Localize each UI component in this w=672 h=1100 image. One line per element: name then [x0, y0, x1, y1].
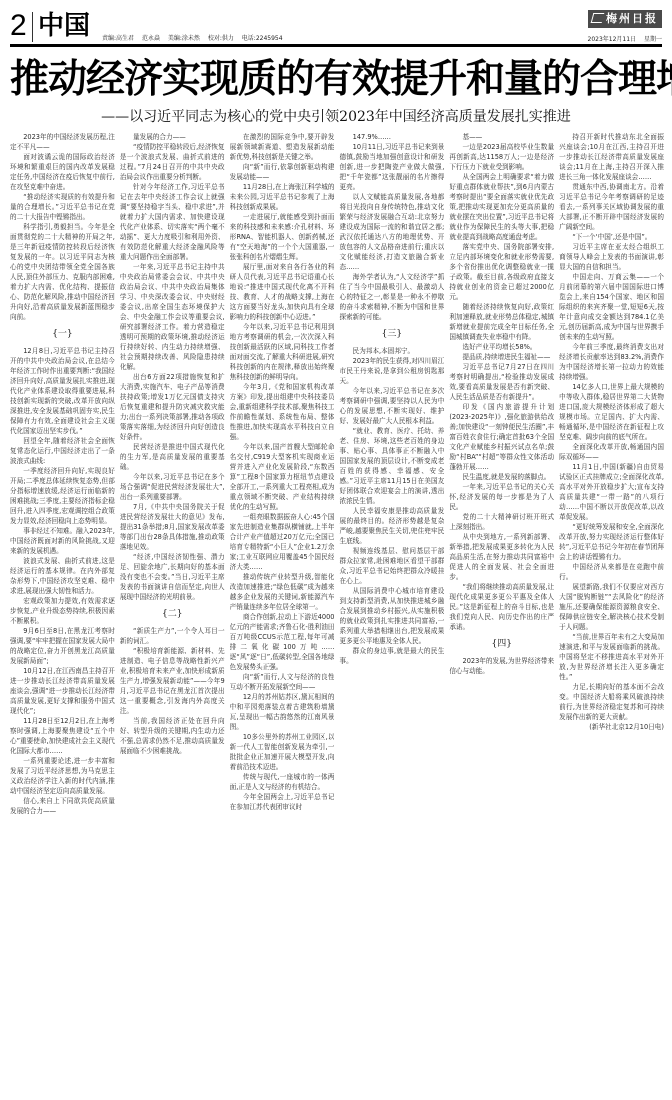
article-column-5: 基——一边是2023届高校毕业生数量再创新高,达1158万人;一边是经济下行压力…: [449, 132, 554, 1090]
article-paragraph: 习近平总书记7月27日在四川考察时明确提出,“检验推动发展成效,要看高质量发展是…: [449, 362, 554, 402]
article-paragraph: 传统与现代,一座城市的一体两面,正是人文与经济的有机结合。: [230, 772, 335, 792]
article-paragraph: 民营经济是推进中国式现代化的生力军,是高质量发展的重要基础。: [120, 442, 225, 472]
article-paragraph: 习近平主席在亚太经合组织工商领导人峰会上发表的书面演讲,彰显大国的自信和担当。: [559, 242, 664, 272]
article-paragraph: 从国际消费中心城市培育建设到支持新型消费,从加快推进城乡融合发展到推动乡村振兴,…: [339, 586, 444, 646]
article-paragraph: 一年来,习近平总书记主持中共中央政治局常委会会议、中共中央政治局会议、中共中央政…: [120, 262, 225, 372]
article-paragraph: “就业、教育、医疗、托幼、养老、住房、环境,这些老百姓的身边事、贴心事、具体事正…: [339, 426, 444, 506]
article-paragraph: 向“新”而行,人文与经济的良性互动不断开拓发展新空间——: [230, 672, 335, 692]
issue-weekday: 星期一: [644, 36, 662, 43]
article-column-1: 2023年的中国经济发展历程,注定不平凡——面对波谲云诡的国际政治经济环境和繁重…: [10, 132, 115, 1090]
article-column-4: 147.9%……10月11日,习近平总书记来到景德镇,鼓励当地加强创意设计和研发…: [339, 132, 444, 1090]
article-paragraph: 回望全年,随着经济社会全面恢复常态化运行,中国经济走出了一条波浪式曲线:: [10, 436, 115, 466]
article-paragraph: 一系列重要论述,进一步丰富和发展了习近平经济思想,为马克思主义政治经济学注入新的…: [10, 756, 115, 796]
article-paragraph: 在激烈的国际竞争中,要开辟发展新领域新赛道、塑造发展新动能新优势,科技创新是关键…: [230, 132, 335, 162]
logo-mark-icon: [591, 13, 605, 23]
article-paragraph: “我们将继续推动高质量发展,让现代化成果更多更公平惠及全体人民。”这是新征程上的…: [449, 582, 554, 632]
article-paragraph: 群众的身边事,就是最大的民生事。: [339, 646, 444, 666]
article-paragraph: 民为邦本,本固邦宁。: [339, 346, 444, 356]
article-paragraph: 出台6方面22项措施恢复和扩大消费,实施汽车、电子产品等消费扶持政策;增发1万亿…: [120, 372, 225, 442]
article-paragraph: 今年以来,习近平总书记在多个场合强调“促进民营经济发展壮大”,出台一系列重要部署…: [120, 472, 225, 502]
article-paragraph: 今年3月,《党和国家机构改革方案》印发,提出组建中央科技委员会,重新组建科学技术…: [230, 382, 335, 442]
article-paragraph: 今年前三季度,最终消费支出对经济增长贡献率达到83.2%,消费作为中国经济增长第…: [559, 342, 664, 382]
article-paragraph: 7月,《中共中央国务院关于促进民营经济发展壮大的意见》发布,提出31条举措;8月…: [120, 502, 225, 552]
article-paragraph: 贯通东中西,协调南北方。沿着习近平总书记今年考察调研的足迹看去,一系列事关区域协…: [559, 182, 664, 232]
article-paragraph: 10多公里外的苏州工业园区,以新一代人工智能创新发展为牵引,一批批企业正加速开展…: [230, 732, 335, 772]
article-paragraph: 展厅里,面对来自各行各业的科研人员代表,习近平总书记语重心长地说:“推进中国式现…: [230, 262, 335, 322]
article-headline: 推动经济实现质的有效提升和量的合理增长: [10, 56, 662, 102]
article-paragraph: “推动经济实现质的有效提升和量的合理增长。”习近平总书记在党的二十大报告中铿锵指…: [10, 192, 115, 222]
article-paragraph: 向“新”而行,依靠创新驱动构建发展动能——: [230, 162, 335, 182]
article-paragraph: 力足,长期向好的基本面不会改变。中国经济大船将乘风破浪持续前行,为世界经济稳定复…: [559, 682, 664, 722]
newspaper-logo: 梅州日报: [588, 10, 662, 28]
article-paragraph: 持召开新时代推动东北全面振兴座谈会;10月在江西,主持召开进一步推动长江经济带高…: [559, 132, 664, 182]
article-paragraph: 针对今年经济工作,习近平总书记在去年中央经济工作会议上就强调“要坚持稳字当头、稳…: [120, 182, 225, 262]
section-marker: {二}: [120, 606, 225, 622]
article-paragraph: 2023年的民生获得,对四川眉江市民王丹来说,是拿到公租房钥匙那天。: [339, 356, 444, 386]
article-paragraph: 事非经过不知难。融入2023年,中国经济既面对新的风险挑战,又迎来新的发展机遇。: [10, 526, 115, 556]
article-subheadline: ——以习近平同志为核心的党中央引领2023年中国经济高质量发展扎实推进: [10, 108, 662, 126]
article-paragraph: 11月28日,在上海张江科学城的未来公园,习近平总书记参观了上海科技创新成果展。: [230, 182, 335, 212]
logo-text: 梅州日报: [606, 12, 658, 25]
article-paragraph: 选好产业平均增长58%。: [449, 342, 554, 352]
article-paragraph: 当前,我国经济正处在回升向好、转型升级的关键期,内生动力还不强,总需求仍然不足,…: [120, 716, 225, 756]
article-paragraph: 推动传统产业转型升级,智能化改造加速推进;“绿色低碳”成为越来越多企业发展的关键…: [230, 572, 335, 612]
article-column-6: 持召开新时代推动东北全面振兴座谈会;10月在江西,主持召开进一步推动长江经济带高…: [559, 132, 664, 1090]
article-paragraph: 一年来,习近平总书记的关心关怀,经济发展的每一步都是为了人民。: [449, 482, 554, 512]
article-paragraph: 信心,来自上下同欲共促高质量发展的合力——: [10, 796, 115, 816]
credit-art-editor: 美编:涂未然: [168, 35, 200, 42]
article-paragraph: “更好统筹发展和安全,全面深化改革开放,努力实现经济运行整体好转”,习近平总书记…: [559, 522, 664, 562]
article-paragraph: 落实党中央、国务院部署安排,立足内部环境变化和就业形势需要,多个省份推出优化调整…: [449, 242, 554, 302]
article-paragraph: 面对波谲云诡的国际政治经济环境和繁重艰巨的国内改革发展稳定任务,中国经济在疫后恢…: [10, 152, 115, 192]
article-paragraph: 从中央到地方,一系列新部署、新举措,把发展成果更多转化为人民高品质生活,在努力推…: [449, 532, 554, 582]
article-byline: (新华社北京12月10日电): [559, 722, 664, 732]
article-paragraph: 提品质,持续增进民生福祉——: [449, 352, 554, 362]
article-paragraph: 全面深化改革开放,畅通国内国际双循环——: [559, 442, 664, 462]
credit-editor-2: 范永焱: [142, 35, 160, 42]
article-paragraph: 今年全国两会上,习近平总书记在参加江苏代表团审议时: [230, 792, 335, 812]
article-paragraph: 11月28日至12月2日,在上海考察时强调,上海要聚焦建设“五个中心”重要使命,…: [10, 716, 115, 756]
article-column-3: 在激烈的国际竞争中,要开辟发展新领域新赛道、塑造发展新动能新优势,科技创新是关键…: [230, 132, 335, 1090]
article-paragraph: 10月11日,习近平总书记来到景德镇,鼓励当地加强创意设计和研发创新,进一步把陶…: [339, 142, 444, 192]
article-paragraph: 科学指引,勇毅担当。今年是全面贯彻党的二十大精神的开局之年,是三年新冠疫情防控转…: [10, 222, 115, 322]
article-paragraph: 一走进展厅,就能感受到扑面而来的科技感和未来感:介孔材料、环形RNA、智能机器人…: [230, 212, 335, 262]
article-paragraph: 147.9%……: [339, 132, 444, 142]
article-paragraph: 从全国两会上明确要求“着力做好重点群体就业帮扶”,到6月内蒙古考察时提出“要全面…: [449, 172, 554, 242]
masthead-divider: [32, 12, 33, 42]
article-paragraph: 视频连线基层、慰问基层干部群众拉家常,赴困难地区看望干部群众,习近平总书记始终把…: [339, 546, 444, 586]
article-paragraph: 人民幸福安康是推动高质量发展的最终目的。经济形势越是复杂严峻,越要聚焦民生关切,…: [339, 506, 444, 546]
article-paragraph: “下一个‘中国’,还是中国”。: [559, 232, 664, 242]
article-paragraph: 2023年的发展,为世界经济带来信心与动能。: [449, 656, 554, 676]
dateline: 2023年12月11日 星期一: [582, 34, 662, 43]
article-paragraph: 以人文赋能高质量发展,各地都将目光投向自身传统特色,推动文化繁荣与经济发展融合互…: [339, 192, 444, 272]
article-paragraph: 商合作创新,拉动上下游近4000亿元的产能需求;齐鲁石化-胜利油田百万吨级CCU…: [230, 612, 335, 672]
masthead-rule: [10, 44, 662, 47]
section-marker: {三}: [339, 326, 444, 342]
article-paragraph: 2023年的中国经济发展历程,注定不平凡——: [10, 132, 115, 152]
article-body: 2023年的中国经济发展历程,注定不平凡——面对波谲云诡的国际政治经济环境和繁重…: [10, 132, 664, 1090]
article-paragraph: 印发《国内旅游提升计划(2023-2025年)》,强化旅游供给改善;加快建设“一…: [449, 402, 554, 472]
article-paragraph: 10月12日,在江西南昌主持召开进一步推动长江经济带高质量发展座谈会,强调“进一…: [10, 666, 115, 716]
article-paragraph: 一组亮眼数据振奋人心:45个国家先进制造业集群纵横铺就,上半年合计产业产值超过2…: [230, 512, 335, 572]
article-paragraph: 随着经济持续恢复向好,政策红利加速释放,就业形势总体稳定,城镇新增就业提前完成全…: [449, 302, 554, 342]
article-column-2: 量发展的合力——“疫情防控平稳转段后,经济恢复是一个波浪式发展、曲折式前进的过程…: [120, 132, 225, 1090]
article-paragraph: 一季度经济回升向好,实现良好开局;二季度总体延续恢复态势,但部分指标增速放缓,经…: [10, 466, 115, 526]
article-paragraph: 11月1日,中国(新疆)自由贸易试验区正式挂牌成立;全面深化改革,高水平对外开放…: [559, 462, 664, 522]
article-paragraph: 今年以来,习近平总书记在多次考察调研中强调,要坚持以人民为中心的发展思想,不断实…: [339, 386, 444, 426]
article-paragraph: 宏观政策加力提效,有效需求逐步恢复,产业升级态势持续,积极因素不断累积。: [10, 596, 115, 626]
article-paragraph: 14亿多人口,世界上最大规模的中等收入群体,稳居世界第二大货物进口国,庞大规模经…: [559, 382, 664, 442]
section-title: 中国: [38, 11, 90, 41]
article-paragraph: 今年以来,国产首艘大型邮轮命名交付,C919大型客机实现商业运营并进入产业化发展…: [230, 442, 335, 512]
credit-editor: 责编:高生君: [102, 35, 134, 42]
article-paragraph: “积极培育新能源、新材料、先进制造、电子信息等战略性新兴产业,积极培育未来产业,…: [120, 646, 225, 716]
credit-phone: 电话:2245954: [242, 35, 283, 42]
article-paragraph: 党的二十大精神研讨班开班式上深刻指出。: [449, 512, 554, 532]
article-paragraph: “当前,世界百年未有之大变局加速演进,和平与发展面临新的挑战。中国将坚定不移推进…: [559, 632, 664, 682]
article-paragraph: 12月的苏州姑苏区,黛瓦相间的中和平园苑落装点着古建筑粉墙黛瓦,呈现出一幅古韵悠…: [230, 692, 335, 732]
issue-date: 2023年12月11日: [588, 36, 637, 43]
section-marker: {一}: [10, 326, 115, 342]
section-marker: {四}: [449, 636, 554, 652]
article-paragraph: 民生温度,就是发展的落脚点。: [449, 472, 554, 482]
article-paragraph: 基——: [449, 132, 554, 142]
page-number: 2: [10, 10, 27, 42]
credit-proofreader: 校对:供力: [208, 35, 234, 42]
article-paragraph: 今年以来,习近平总书记利用到地方考察调研的机会,一次次深入科技创新最活跃的区域,…: [230, 322, 335, 382]
editor-credits: 责编:高生君 范永焱 美编:涂未然 校对:供力 电话:2245954: [102, 33, 289, 42]
article-paragraph: 量发展的合力——: [120, 132, 225, 142]
article-paragraph: “新质生产力”,一个令人耳目一新的词汇。: [120, 626, 225, 646]
masthead: 2 中国 责编:高生君 范永焱 美编:涂未然 校对:供力 电话:2245954 …: [10, 8, 662, 48]
article-paragraph: 展望新路,我们不仅要应对西方大国“脱钩断链”“去风险化”的经济施压,还要确保能源…: [559, 582, 664, 632]
article-paragraph: 12月8日,习近平总书记主持召开的中共中央政治局会议,在总结今年经济工作时作出重…: [10, 346, 115, 436]
article-paragraph: 9月6日至8日,在黑龙江考察时强调,要“牢牢把握在国家发展大局中的战略定位,奋力…: [10, 626, 115, 666]
article-paragraph: 一边是2023届高校毕业生数量再创新高,达1158万人;一边是经济下行压力下就业…: [449, 142, 554, 172]
article-paragraph: “经济,中国经济韧性强、潜力足、回旋余地广,长期向好的基本面没有变也不会变。”当…: [120, 552, 225, 602]
article-paragraph: 中国经济从来都是在竞跑中前行。: [559, 562, 664, 582]
article-paragraph: “疫情防控平稳转段后,经济恢复是一个波浪式发展、曲折式前进的过程。”7月24日召…: [120, 142, 225, 182]
article-paragraph: 中国走向、万商云集——一个月前闭幕的第六届中国国际进口博览会上,来自154个国家…: [559, 272, 664, 342]
article-paragraph: 海外学者认为,“人文经济学”抓住了当今中国最吸引人、最激动人心的特征之一,彰显是…: [339, 272, 444, 322]
article-paragraph: 波浪式发展、曲折式前进,这是经济运行的基本规律。在内外部复杂形势下,中国经济攻坚…: [10, 556, 115, 596]
